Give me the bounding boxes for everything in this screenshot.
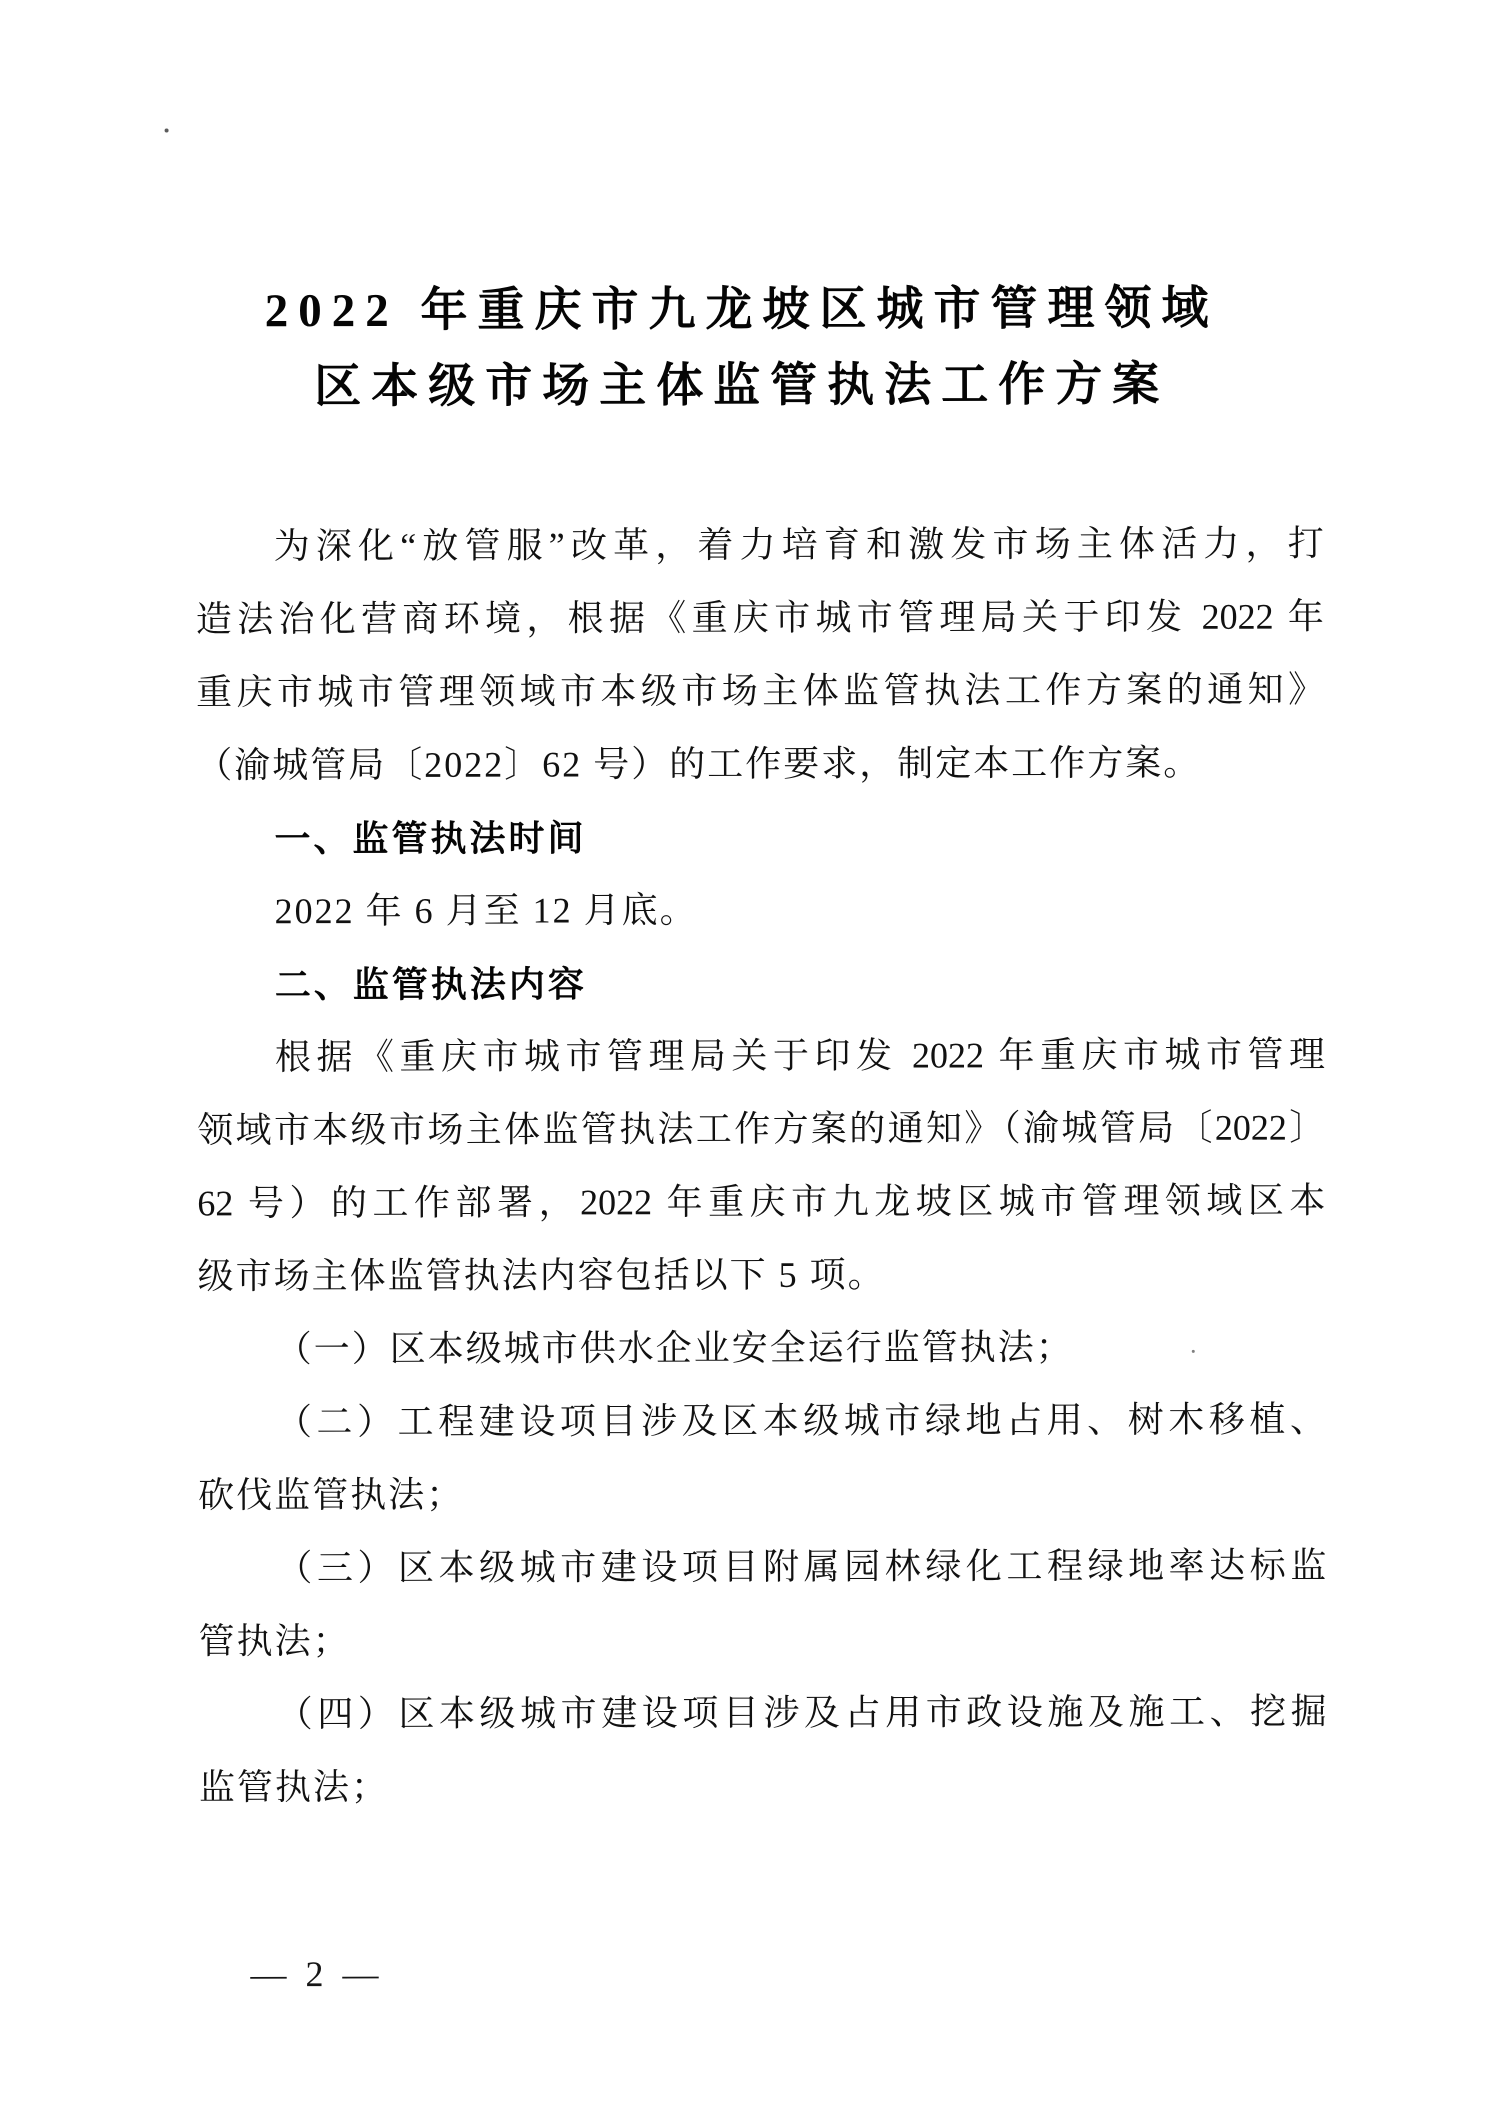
paragraph-2-line-2: 领域市本级市场主体监管执法工作方案的通知》（渝城管局〔2022〕 <box>197 1091 1325 1167</box>
document-body: 为深化“放管服”改革，着力培育和激发市场主体活力，打 造法治化营商环境，根据《重… <box>196 507 1327 1824</box>
list-item-2-line-2: 砍伐监管执法； <box>198 1456 1326 1532</box>
list-item-4-line-2: 监管执法； <box>199 1748 1327 1824</box>
list-item-3-line-2: 管执法； <box>198 1602 1326 1678</box>
list-item-1: （一）区本级城市供水企业安全运行监管执法； <box>198 1310 1326 1386</box>
paragraph-1-line-4: （渝城管局〔2022〕62 号）的工作要求，制定本工作方案。 <box>196 726 1324 802</box>
paragraph-1-line-3: 重庆市城市管理领域市本级市场主体监管执法工作方案的通知》 <box>196 653 1324 729</box>
scan-speck <box>1192 1350 1195 1353</box>
paragraph-2-line-4: 级市场主体监管执法内容包括以下 5 项。 <box>197 1237 1325 1313</box>
section-heading-supervision-time: 一、监管执法时间 <box>196 799 1324 875</box>
paragraph-2-line-1: 根据《重庆市城市管理局关于印发 2022 年重庆市城市管理 <box>197 1018 1325 1094</box>
list-item-4-line-1: （四）区本级城市建设项目涉及占用市政设施及施工、挖掘 <box>199 1675 1327 1751</box>
page-number: — 2 — <box>250 1953 383 1995</box>
scan-speck <box>165 129 169 133</box>
document-title: 2022 年重庆市九龙坡区城市管理领域 区本级市场主体监管执法工作方案 <box>0 270 1485 426</box>
supervision-time-text: 2022 年 6 月至 12 月底。 <box>197 872 1325 948</box>
page-content: 2022 年重庆市九龙坡区城市管理领域 区本级市场主体监管执法工作方案 为深化“… <box>0 0 1487 2105</box>
paragraph-1-line-2: 造法治化营商环境，根据《重庆市城市管理局关于印发 2022 年 <box>196 580 1324 656</box>
document-title-line-2: 区本级市场主体监管执法工作方案 <box>0 346 1485 426</box>
section-heading-supervision-content: 二、监管执法内容 <box>197 945 1325 1021</box>
paragraph-1-line-1: 为深化“放管服”改革，着力培育和激发市场主体活力，打 <box>196 507 1324 583</box>
scanned-document-page: 2022 年重庆市九龙坡区城市管理领域 区本级市场主体监管执法工作方案 为深化“… <box>0 0 1487 2105</box>
paragraph-2-line-3: 62 号）的工作部署，2022 年重庆市九龙坡区城市管理领域区本 <box>197 1164 1325 1240</box>
document-title-line-1: 2022 年重庆市九龙坡区城市管理领域 <box>0 270 1485 350</box>
list-item-2-line-1: （二）工程建设项目涉及区本级城市绿地占用、树木移植、 <box>198 1383 1326 1459</box>
list-item-3-line-1: （三）区本级城市建设项目附属园林绿化工程绿地率达标监 <box>198 1529 1326 1605</box>
